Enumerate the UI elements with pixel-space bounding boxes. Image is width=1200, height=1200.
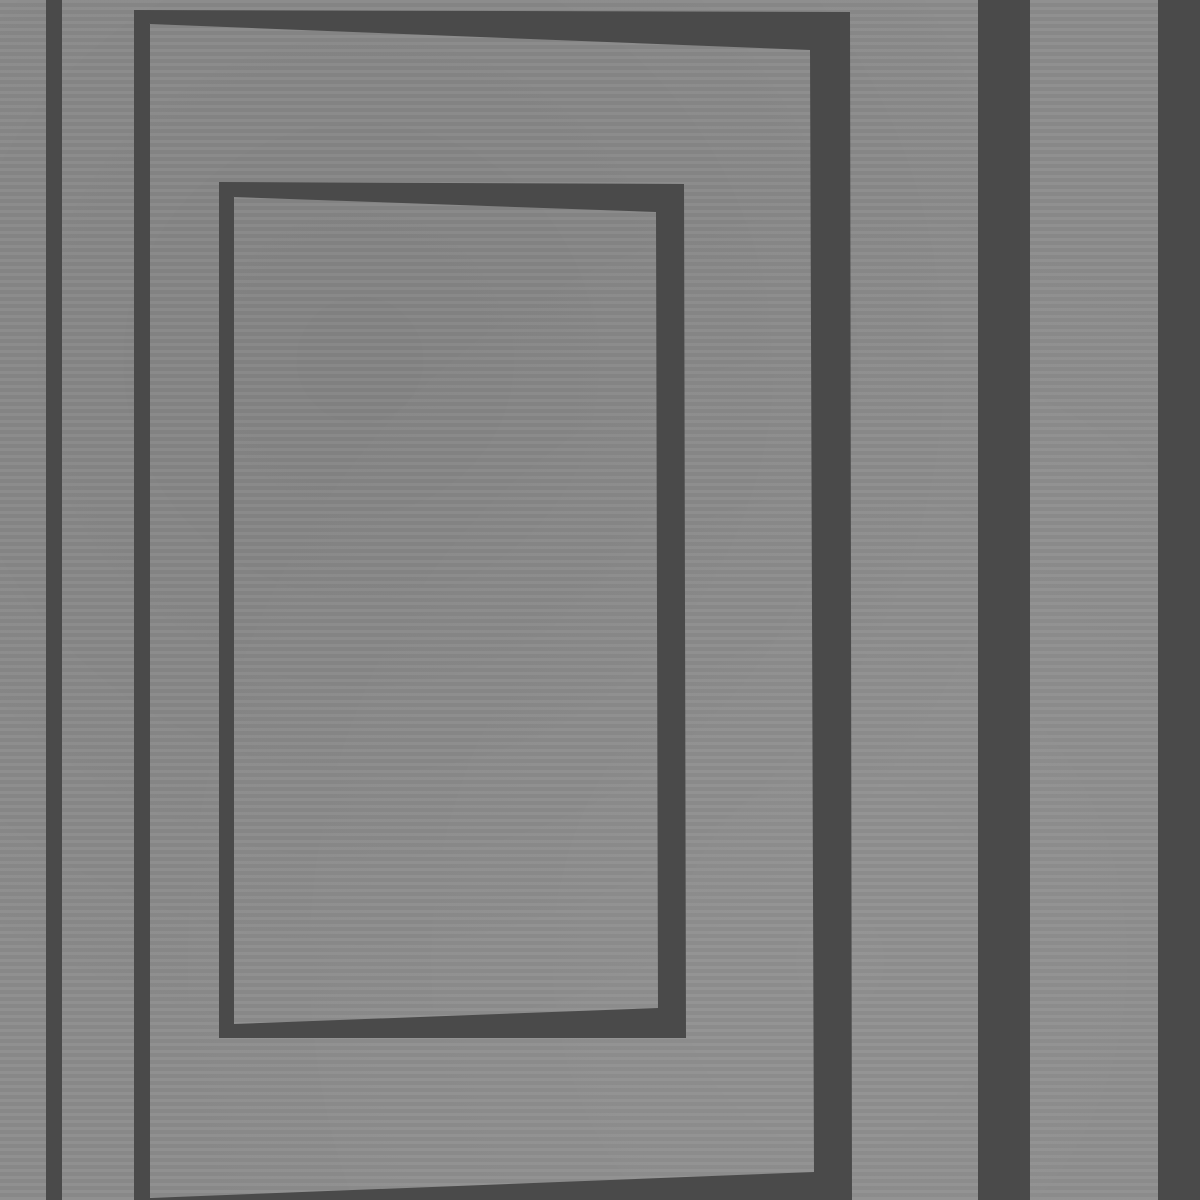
- left-thin-stripe: [46, 0, 62, 1200]
- rug-pattern: [0, 0, 1200, 1200]
- far-right-stripe: [1158, 0, 1200, 1200]
- inner-frame: [219, 182, 686, 1038]
- rug-texture: [0, 0, 1200, 1200]
- right-thick-stripe: [978, 0, 1030, 1200]
